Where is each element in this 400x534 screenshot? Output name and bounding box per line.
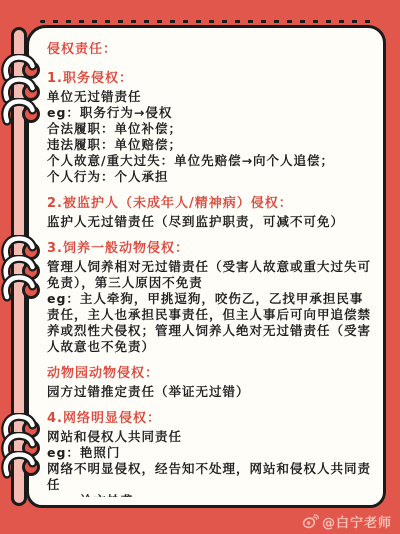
note-section: 4.网络明显侵权： 网站和侵权人共同责任eg：艳照门网络不明显侵权，经告知不处理… — [47, 411, 375, 497]
section-heading: 动物园动物侵权： — [47, 366, 375, 382]
note-line: 管理人饲养相对无过错责任（受害人故意或重大过失可免责），第三人原因不免责 — [47, 259, 375, 291]
note-line: eg：主人牵狗，甲挑逗狗，咬伤乙，乙找甲承担民事责任，主人也承担民事责任，但主人… — [47, 291, 375, 355]
note-section: 动物园动物侵权： 园方过错推定责任（举证无过错） — [47, 366, 375, 400]
section-heading: 2.被监护人（未成年人/精神病）侵权： — [47, 196, 375, 212]
note-card: 侵权责任： 1.职务侵权： 单位无过错责任eg：职务行为→侵权合法履职：单位补偿… — [26, 25, 386, 508]
binder-ring-icon — [1, 274, 43, 302]
binder-ring-icon — [1, 451, 43, 479]
note-line: 监护人无过错责任（尽到监护职责，可减不可免） — [47, 214, 375, 230]
note-line: 合法履职：单位补偿； — [47, 121, 375, 137]
watermark-text: @白宁老师 — [322, 512, 392, 531]
note-line: 网站和侵权人共同责任 — [47, 429, 375, 445]
binder-ring-icon — [1, 98, 43, 126]
note-line: 园方过错推定责任（举证无过错） — [47, 384, 375, 400]
note-line: 违法履职：单位赔偿； — [47, 137, 375, 153]
note-sections: 1.职务侵权： 单位无过错责任eg：职务行为→侵权合法履职：单位补偿；违法履职：… — [47, 71, 375, 497]
note-line: 个人故意/重大过失：单位先赔偿→向个人追偿； — [47, 153, 375, 169]
note-title: 侵权责任： — [47, 42, 375, 58]
note-content: 侵权责任： 1.职务侵权： 单位无过错责任eg：职务行为→侵权合法履职：单位补偿… — [47, 42, 375, 497]
perforation-edge — [40, 20, 372, 23]
note-line: 网络不明显侵权，经告知不处理，网站和侵权人共同责任 — [47, 461, 375, 493]
note-line: 个人行为：个人承担 — [47, 169, 375, 185]
note-section: 1.职务侵权： 单位无过错责任eg：职务行为→侵权合法履职：单位补偿；违法履职：… — [47, 71, 375, 185]
note-line: eg：职务行为→侵权 — [47, 105, 375, 121]
note-line: eg：论文抄袭 — [47, 493, 375, 497]
section-heading: 4.网络明显侵权： — [47, 411, 375, 427]
note-line: 单位无过错责任 — [47, 89, 375, 105]
note-section: 3.饲养一般动物侵权： 管理人饲养相对无过错责任（受害人故意或重大过失可免责），… — [47, 241, 375, 355]
notebook-note-image: 侵权责任： 1.职务侵权： 单位无过错责任eg：职务行为→侵权合法履职：单位补偿… — [0, 0, 400, 534]
section-heading: 1.职务侵权： — [47, 71, 375, 87]
section-heading: 3.饲养一般动物侵权： — [47, 241, 375, 257]
note-line: eg：艳照门 — [47, 445, 375, 461]
weibo-icon — [302, 514, 319, 529]
note-section: 2.被监护人（未成年人/精神病）侵权： 监护人无过错责任（尽到监护职责，可减不可… — [47, 196, 375, 230]
watermark: @白宁老师 — [302, 512, 392, 531]
